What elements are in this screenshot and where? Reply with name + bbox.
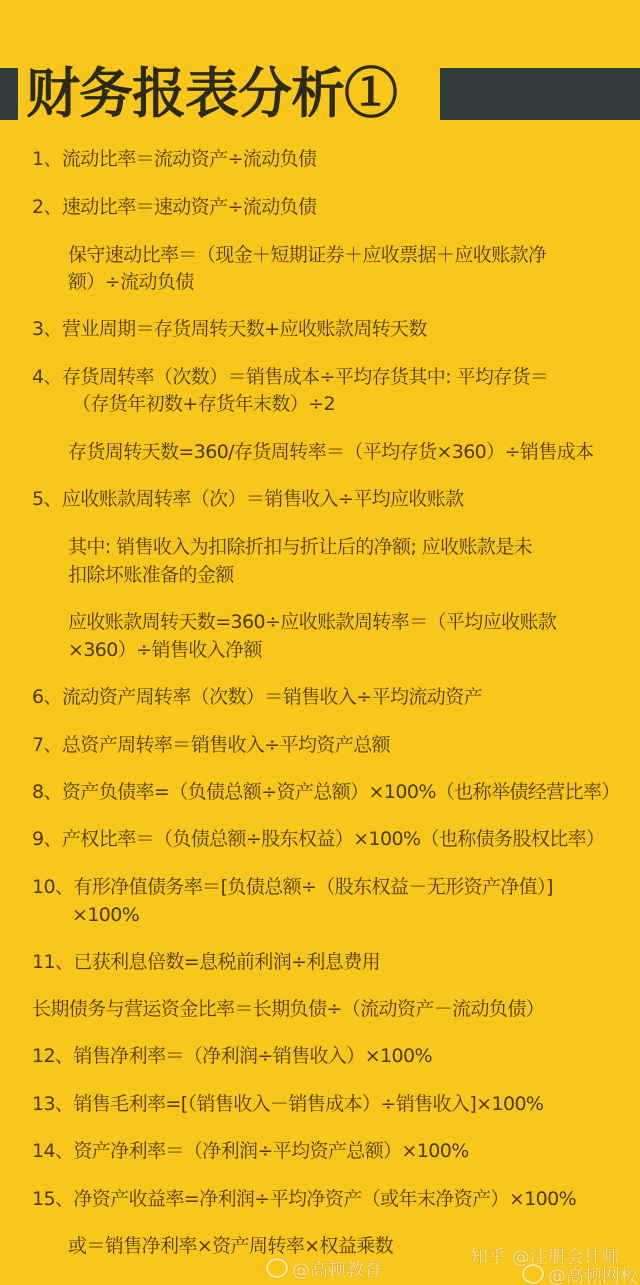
formula-line: 2、速动比率＝速动资产÷流动负债 bbox=[32, 194, 316, 220]
formula-line: 11、已获利息倍数=息税前利润÷利息费用 bbox=[32, 949, 380, 975]
formula-line: 长期债务与营运资金比率＝长期负债÷（流动资产－流动负债） bbox=[32, 996, 544, 1022]
page-title: 财务报表分析① bbox=[26, 58, 397, 128]
formula-line: 存货周转天数=360/存货周转率＝（平均存货×360）÷销售成本 bbox=[68, 439, 594, 465]
formula-line: 4、存货周转率（次数）＝销售成本÷平均存货其中: 平均存货＝ bbox=[32, 364, 548, 390]
weibo-watermark-2: @高顿网校 bbox=[522, 1262, 638, 1285]
formula-line: 9、产权比率＝（负债总额÷股东权益）×100%（也称债务股权比率） bbox=[32, 826, 604, 852]
formula-line: 5、应收账款周转率（次）＝销售收入÷平均应收账款 bbox=[32, 486, 464, 512]
formula-line: 12、销售净利率＝（净利润÷销售收入）×100% bbox=[32, 1043, 432, 1069]
weibo-watermark-2-text: @高顿网校 bbox=[548, 1266, 638, 1285]
weibo-watermark-text: @高顿教育 bbox=[292, 1260, 382, 1281]
formula-line: 6、流动资产周转率（次数）＝销售收入÷平均流动资产 bbox=[32, 684, 482, 710]
formula-line: 其中: 销售收入为扣除折扣与折让后的净额; 应收账款是未 bbox=[68, 534, 532, 560]
title-bar-left bbox=[0, 68, 18, 120]
formula-line: 1、流动比率＝流动资产÷流动负债 bbox=[32, 146, 316, 172]
formula-line: ×360）÷销售收入净额 bbox=[68, 637, 262, 663]
formula-line: 13、销售毛利率=[（销售收入－销售成本）÷销售收入]×100% bbox=[32, 1091, 543, 1117]
formula-line: 10、有形净值债务率＝[负债总额÷（股东权益－无形资产净值）] bbox=[32, 874, 553, 900]
formula-line: 3、营业周期＝存货周转天数+应收账款周转天数 bbox=[32, 316, 427, 342]
formula-line: 扣除坏账准备的金额 bbox=[68, 562, 234, 588]
weibo-icon bbox=[266, 1258, 288, 1278]
weibo-icon bbox=[522, 1264, 544, 1284]
formula-line: 15、净资产收益率=净利润÷平均净资产（或年末净资产）×100% bbox=[32, 1186, 576, 1212]
formula-line: 额）÷流动负债 bbox=[68, 269, 194, 295]
weibo-watermark: @高顿教育 bbox=[266, 1256, 382, 1282]
formula-line: （存货年初数+存货年末数）÷2 bbox=[72, 391, 335, 417]
formula-line: 8、资产负债率=（负债总额÷资产总额）×100%（也称举债经营比率） bbox=[32, 779, 620, 805]
formula-line: ×100% bbox=[72, 902, 139, 928]
formula-line: 应收账款周转天数=360÷应收账款周转率＝（平均应收账款 bbox=[68, 609, 556, 635]
formula-line: 14、资产净利率＝（净利润÷平均资产总额）×100% bbox=[32, 1138, 469, 1164]
formula-line: 保守速动比率＝（现金＋短期证券＋应收票据＋应收账款净 bbox=[68, 242, 546, 268]
title-bar-right bbox=[440, 68, 640, 120]
formula-line: 7、总资产周转率＝销售收入÷平均资产总额 bbox=[32, 732, 390, 758]
